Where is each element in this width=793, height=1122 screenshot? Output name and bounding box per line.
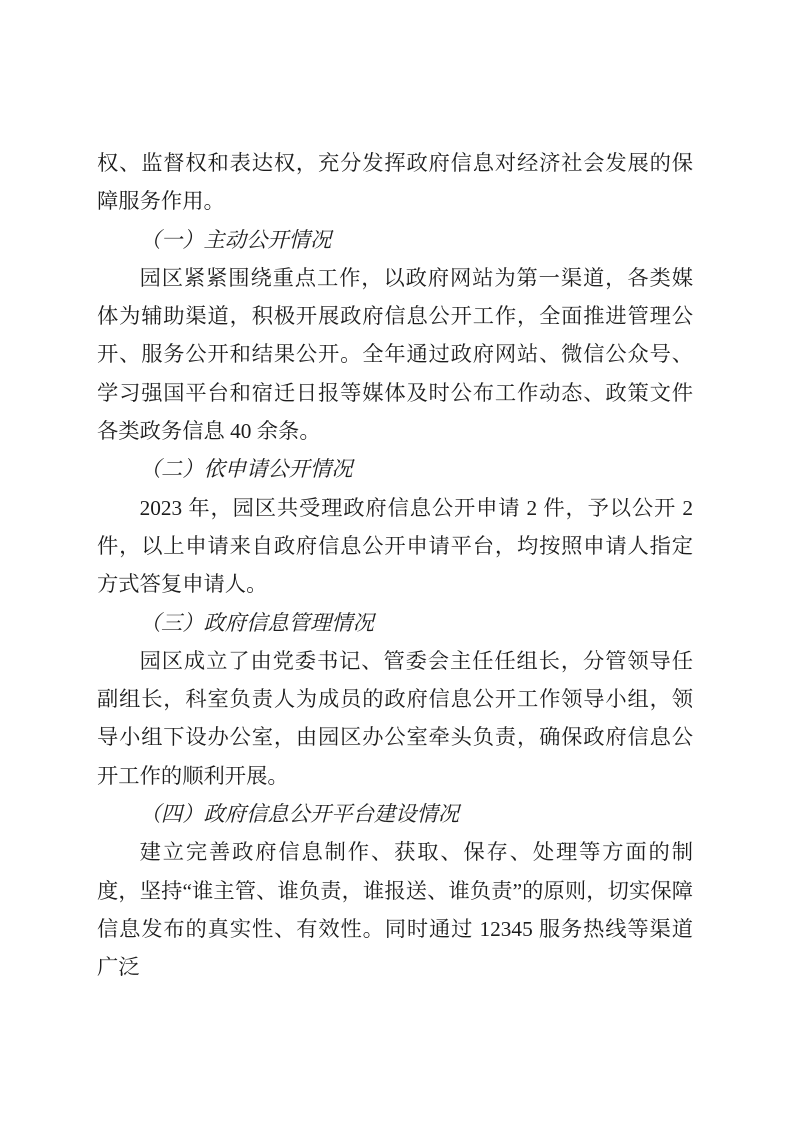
- paragraph-platform-construction: 建立完善政府信息制作、获取、保存、处理等方面的制度，坚持“谁主管、谁负责，谁报送…: [97, 833, 693, 986]
- paragraph-proactive-disclosure: 园区紧紧围绕重点工作，以政府网站为第一渠道，各类媒体为辅助渠道，积极开展政府信息…: [97, 259, 693, 450]
- paragraph-continuation-rights: 权、监督权和表达权，充分发挥政府信息对经济社会发展的保障服务作用。: [97, 144, 693, 221]
- section-heading-disclosure-upon-request: （二）依申请公开情况: [97, 450, 693, 488]
- section-heading-proactive-disclosure: （一）主动公开情况: [97, 221, 693, 259]
- section-heading-information-management: （三）政府信息管理情况: [97, 604, 693, 642]
- paragraph-disclosure-upon-request: 2023 年，园区共受理政府信息公开申请 2 件，予以公开 2 件，以上申请来自…: [97, 489, 693, 604]
- section-heading-platform-construction: （四）政府信息公开平台建设情况: [97, 795, 693, 833]
- document-page: 权、监督权和表达权，充分发挥政府信息对经济社会发展的保障服务作用。 （一）主动公…: [0, 0, 793, 1122]
- paragraph-information-management: 园区成立了由党委书记、管委会主任任组长，分管领导任副组长，科室负责人为成员的政府…: [97, 642, 693, 795]
